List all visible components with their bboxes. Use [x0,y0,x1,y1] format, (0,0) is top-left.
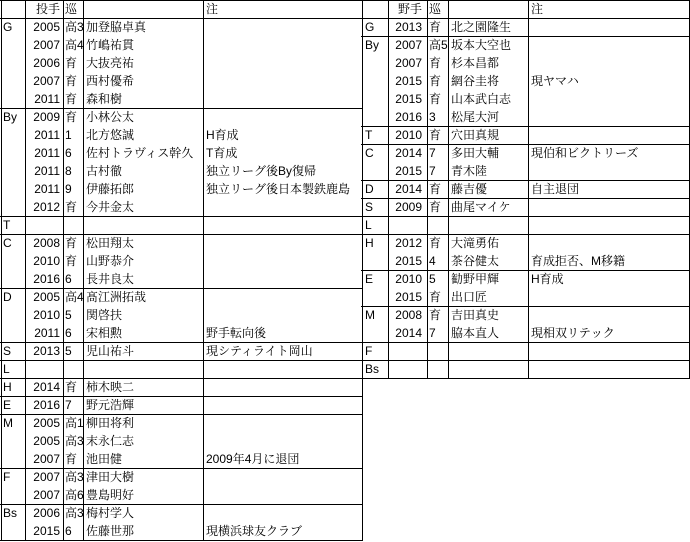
round-cell[interactable] [429,216,446,234]
note-cell[interactable] [206,468,361,486]
round-header-cell[interactable]: 巡 [429,0,446,18]
note-cell[interactable] [206,504,361,522]
team-cell[interactable]: E [3,396,23,414]
name-cell[interactable] [451,342,526,360]
team-cell[interactable] [365,90,385,108]
name-cell[interactable]: 曲尾マイケ [451,198,526,216]
fielders-table-header-row: 野手巡注 [0,0,690,18]
table-row: 2007高6豊島明好 [0,486,690,504]
table-row: M2008育吉田真史 [0,306,690,324]
name-cell[interactable]: 大滝勇佑 [451,234,526,252]
name-cell[interactable]: 藤吉優 [451,180,526,198]
grid-line [0,414,363,415]
team-cell[interactable]: F [3,468,23,486]
grid-line [361,180,690,181]
note-cell[interactable] [531,126,688,144]
round-cell[interactable]: 7 [429,162,446,180]
round-cell[interactable]: 育 [429,180,446,198]
round-cell[interactable]: 高3 [65,468,82,486]
table-row: 20154茶谷健太育成拒否、M移籍 [0,252,690,270]
grid-line [361,270,690,271]
round-cell[interactable]: 育 [429,54,446,72]
name-cell[interactable]: 柳田将利 [86,414,201,432]
note-cell[interactable] [531,234,688,252]
name-cell[interactable]: 脇本直人 [451,324,526,342]
note-header-cell[interactable]: 注 [531,0,688,18]
table-row: 2005高3末永仁志 [0,432,690,450]
grid-line [361,144,690,145]
grid-line [528,0,529,379]
table-row: F [0,342,690,360]
grid-line [361,360,690,361]
name-cell[interactable]: 網谷圭将 [451,72,526,90]
table-row: H2012育大滝勇佑 [0,234,690,252]
year-cell[interactable] [390,342,422,360]
grid-line [0,378,363,379]
note-cell[interactable] [531,90,688,108]
team-cell[interactable]: C [365,144,385,162]
grid-line [448,0,449,379]
team-cell[interactable]: T [365,126,385,144]
grid-line [361,378,690,379]
name-cell[interactable]: 池田健 [86,450,201,468]
table-row: 20163松尾大河 [0,108,690,126]
spreadsheet-grid: 投手巡注G2005高3加登脇卓真2007高4竹嶋祐貫2006育大抜亮祐2007育… [0,0,690,542]
round-cell[interactable]: 育 [65,450,82,468]
team-cell[interactable]: H [3,378,23,396]
round-cell[interactable]: 育 [429,234,446,252]
round-cell[interactable]: 7 [65,396,82,414]
note-cell[interactable] [531,108,688,126]
round-cell[interactable]: 育 [429,198,446,216]
year-cell[interactable]: 2007 [27,486,60,504]
table-row: C20147多田大輔現伯和ビクトリーズ [0,144,690,162]
note-cell[interactable]: 現ヤマハ [531,72,688,90]
year-cell[interactable]: 2008 [390,306,422,324]
team-cell[interactable]: H [365,234,385,252]
note-cell[interactable] [531,288,688,306]
grid-line [361,18,690,19]
year-cell[interactable] [390,216,422,234]
grid-line [0,504,363,505]
team-header-cell[interactable] [365,0,385,18]
note-cell[interactable] [206,414,361,432]
note-cell[interactable]: 育成拒否、M移籍 [531,252,688,270]
team-cell[interactable] [365,252,385,270]
note-cell[interactable] [531,216,688,234]
round-cell[interactable]: 育 [429,18,446,36]
grid-line [0,396,363,397]
table-row: H2014育柿木映二 [0,378,690,396]
note-cell[interactable] [531,360,688,378]
round-cell[interactable]: 高3 [65,504,82,522]
year-cell[interactable] [390,360,422,378]
grid-line [0,468,363,469]
team-cell[interactable] [365,288,385,306]
team-cell[interactable]: E [365,270,385,288]
year-cell[interactable]: 2014 [390,324,422,342]
name-cell[interactable]: 山本武白志 [451,90,526,108]
grid-line [361,198,690,199]
name-cell[interactable]: 津田大樹 [86,468,201,486]
round-cell[interactable]: 高1 [65,414,82,432]
year-cell[interactable]: 2010 [390,270,422,288]
note-cell[interactable]: 自主退団 [531,180,688,198]
name-cell[interactable]: 北之園隆生 [451,18,526,36]
name-cell[interactable]: 杉本昌都 [451,54,526,72]
year-cell[interactable]: 2015 [390,288,422,306]
team-cell[interactable]: F [365,342,385,360]
grid-line [361,126,690,127]
note-cell[interactable] [531,162,688,180]
name-cell[interactable]: 青木陸 [451,162,526,180]
note-cell[interactable] [206,486,361,504]
team-cell[interactable]: M [365,306,385,324]
round-cell[interactable]: 育 [429,72,446,90]
table-row: 2015育山本武白志 [0,90,690,108]
team-cell[interactable] [365,162,385,180]
year-cell[interactable]: 2006 [27,504,60,522]
note-cell[interactable]: 現横浜球友クラブ [206,522,361,540]
team-cell[interactable]: S [365,198,385,216]
table-row: D2014育藤吉優自主退団 [0,180,690,198]
year-cell[interactable]: 2014 [27,378,60,396]
year-cell[interactable]: 2016 [390,108,422,126]
note-cell[interactable] [206,432,361,450]
grid-line [361,216,690,217]
team-cell[interactable]: Bs [3,504,23,522]
table-row: 2007育池田健2009年4月に退団 [0,450,690,468]
name-cell[interactable]: 佐藤世那 [86,522,201,540]
year-cell[interactable]: 2013 [390,18,422,36]
name-cell[interactable]: 柿木映二 [86,378,201,396]
name-cell[interactable]: 梅村学人 [86,504,201,522]
grid-line [361,342,690,343]
name-cell[interactable]: 穴田真規 [451,126,526,144]
name-cell[interactable]: 出口匠 [451,288,526,306]
year-cell[interactable]: 2016 [27,396,60,414]
grid-line [427,0,428,379]
grid-line [0,540,363,541]
table-row: Bs [0,360,690,378]
team-cell[interactable] [3,450,23,468]
team-cell[interactable] [3,522,23,540]
round-cell[interactable] [429,360,446,378]
note-cell[interactable] [531,36,688,54]
year-cell[interactable]: 2014 [390,144,422,162]
year-cell[interactable]: 2015 [390,162,422,180]
table-row: G2013育北之園隆生 [0,18,690,36]
table-row: 2015育出口匠 [0,288,690,306]
table-row: S2009育曲尾マイケ [0,198,690,216]
name-cell[interactable]: 末永仁志 [86,432,201,450]
name-cell[interactable]: 坂本大空也 [451,36,526,54]
round-cell[interactable]: 高6 [65,486,82,504]
table-row: F2007高3津田大樹 [0,468,690,486]
note-cell[interactable] [531,342,688,360]
note-cell[interactable] [206,396,361,414]
year-cell[interactable]: 2005 [27,432,60,450]
year-cell[interactable]: 2007 [390,36,422,54]
round-cell[interactable]: 育 [429,306,446,324]
name-cell[interactable]: 吉田真史 [451,306,526,324]
team-cell[interactable]: M [3,414,23,432]
year-cell[interactable]: 2014 [390,180,422,198]
table-row: 20156佐藤世那現横浜球友クラブ [0,522,690,540]
table-row: E20105勧野甲輝H育成 [0,270,690,288]
table-row: M2005高1柳田将利 [0,414,690,432]
name-cell[interactable]: 茶谷健太 [451,252,526,270]
round-cell[interactable]: 育 [65,378,82,396]
round-cell[interactable]: 高5 [429,36,446,54]
note-cell[interactable] [531,306,688,324]
round-cell[interactable]: 7 [429,144,446,162]
name-cell[interactable]: 豊島明好 [86,486,201,504]
name-cell[interactable]: 多田大輔 [451,144,526,162]
round-cell[interactable]: 3 [429,108,446,126]
team-cell[interactable] [365,324,385,342]
note-cell[interactable]: 現伯和ビクトリーズ [531,144,688,162]
round-cell[interactable]: 育 [429,90,446,108]
name-cell[interactable] [451,360,526,378]
year-cell[interactable]: 2007 [27,450,60,468]
name-header-cell[interactable] [451,0,526,18]
table-row: L [0,216,690,234]
note-cell[interactable] [531,18,688,36]
round-cell[interactable]: 6 [65,522,82,540]
team-cell[interactable]: By [365,36,385,54]
round-cell[interactable]: 高3 [65,432,82,450]
table-row: By2007高5坂本大空也 [0,36,690,54]
team-cell[interactable] [365,54,385,72]
year-cell[interactable]: 2005 [27,414,60,432]
year-cell[interactable]: 2012 [390,234,422,252]
team-cell[interactable]: L [365,216,385,234]
note-cell[interactable]: H育成 [531,270,688,288]
year-cell[interactable]: 2009 [390,198,422,216]
table-row: 2007育杉本昌都 [0,54,690,72]
year-cell[interactable]: 2015 [27,522,60,540]
name-cell[interactable] [451,216,526,234]
grid-line [361,306,690,307]
round-cell[interactable]: 育 [429,126,446,144]
note-cell[interactable] [531,54,688,72]
year-header-cell[interactable]: 野手 [390,0,422,18]
table-row: T2010育穴田真規 [0,126,690,144]
grid-line [361,36,690,37]
name-cell[interactable]: 勧野甲輝 [451,270,526,288]
team-cell[interactable] [3,432,23,450]
year-cell[interactable]: 2015 [390,252,422,270]
year-cell[interactable]: 2007 [390,54,422,72]
note-cell[interactable]: 現相双リテック [531,324,688,342]
team-cell[interactable]: D [365,180,385,198]
team-cell[interactable] [365,108,385,126]
name-cell[interactable]: 松尾大河 [451,108,526,126]
round-cell[interactable]: 7 [429,324,446,342]
year-cell[interactable]: 2015 [390,72,422,90]
table-row: 20157青木陸 [0,162,690,180]
grid-line [361,234,690,235]
team-cell[interactable]: G [365,18,385,36]
table-row: E20167野元浩輝 [0,396,690,414]
note-cell[interactable] [531,198,688,216]
round-cell[interactable] [429,342,446,360]
team-cell[interactable] [365,72,385,90]
grid-line [388,0,389,379]
round-cell[interactable]: 4 [429,252,446,270]
note-cell[interactable] [206,378,361,396]
year-cell[interactable]: 2007 [27,468,60,486]
team-cell[interactable] [3,486,23,504]
year-cell[interactable]: 2015 [390,90,422,108]
table-row: 20147脇本直人現相双リテック [0,324,690,342]
round-cell[interactable]: 5 [429,270,446,288]
round-cell[interactable]: 育 [429,288,446,306]
year-cell[interactable]: 2010 [390,126,422,144]
table-row: Bs2006高3梅村学人 [0,504,690,522]
table-row: 2015育網谷圭将現ヤマハ [0,72,690,90]
grid-line [361,0,690,1]
note-cell[interactable]: 2009年4月に退団 [206,450,361,468]
team-cell[interactable]: Bs [365,360,385,378]
name-cell[interactable]: 野元浩輝 [86,396,201,414]
